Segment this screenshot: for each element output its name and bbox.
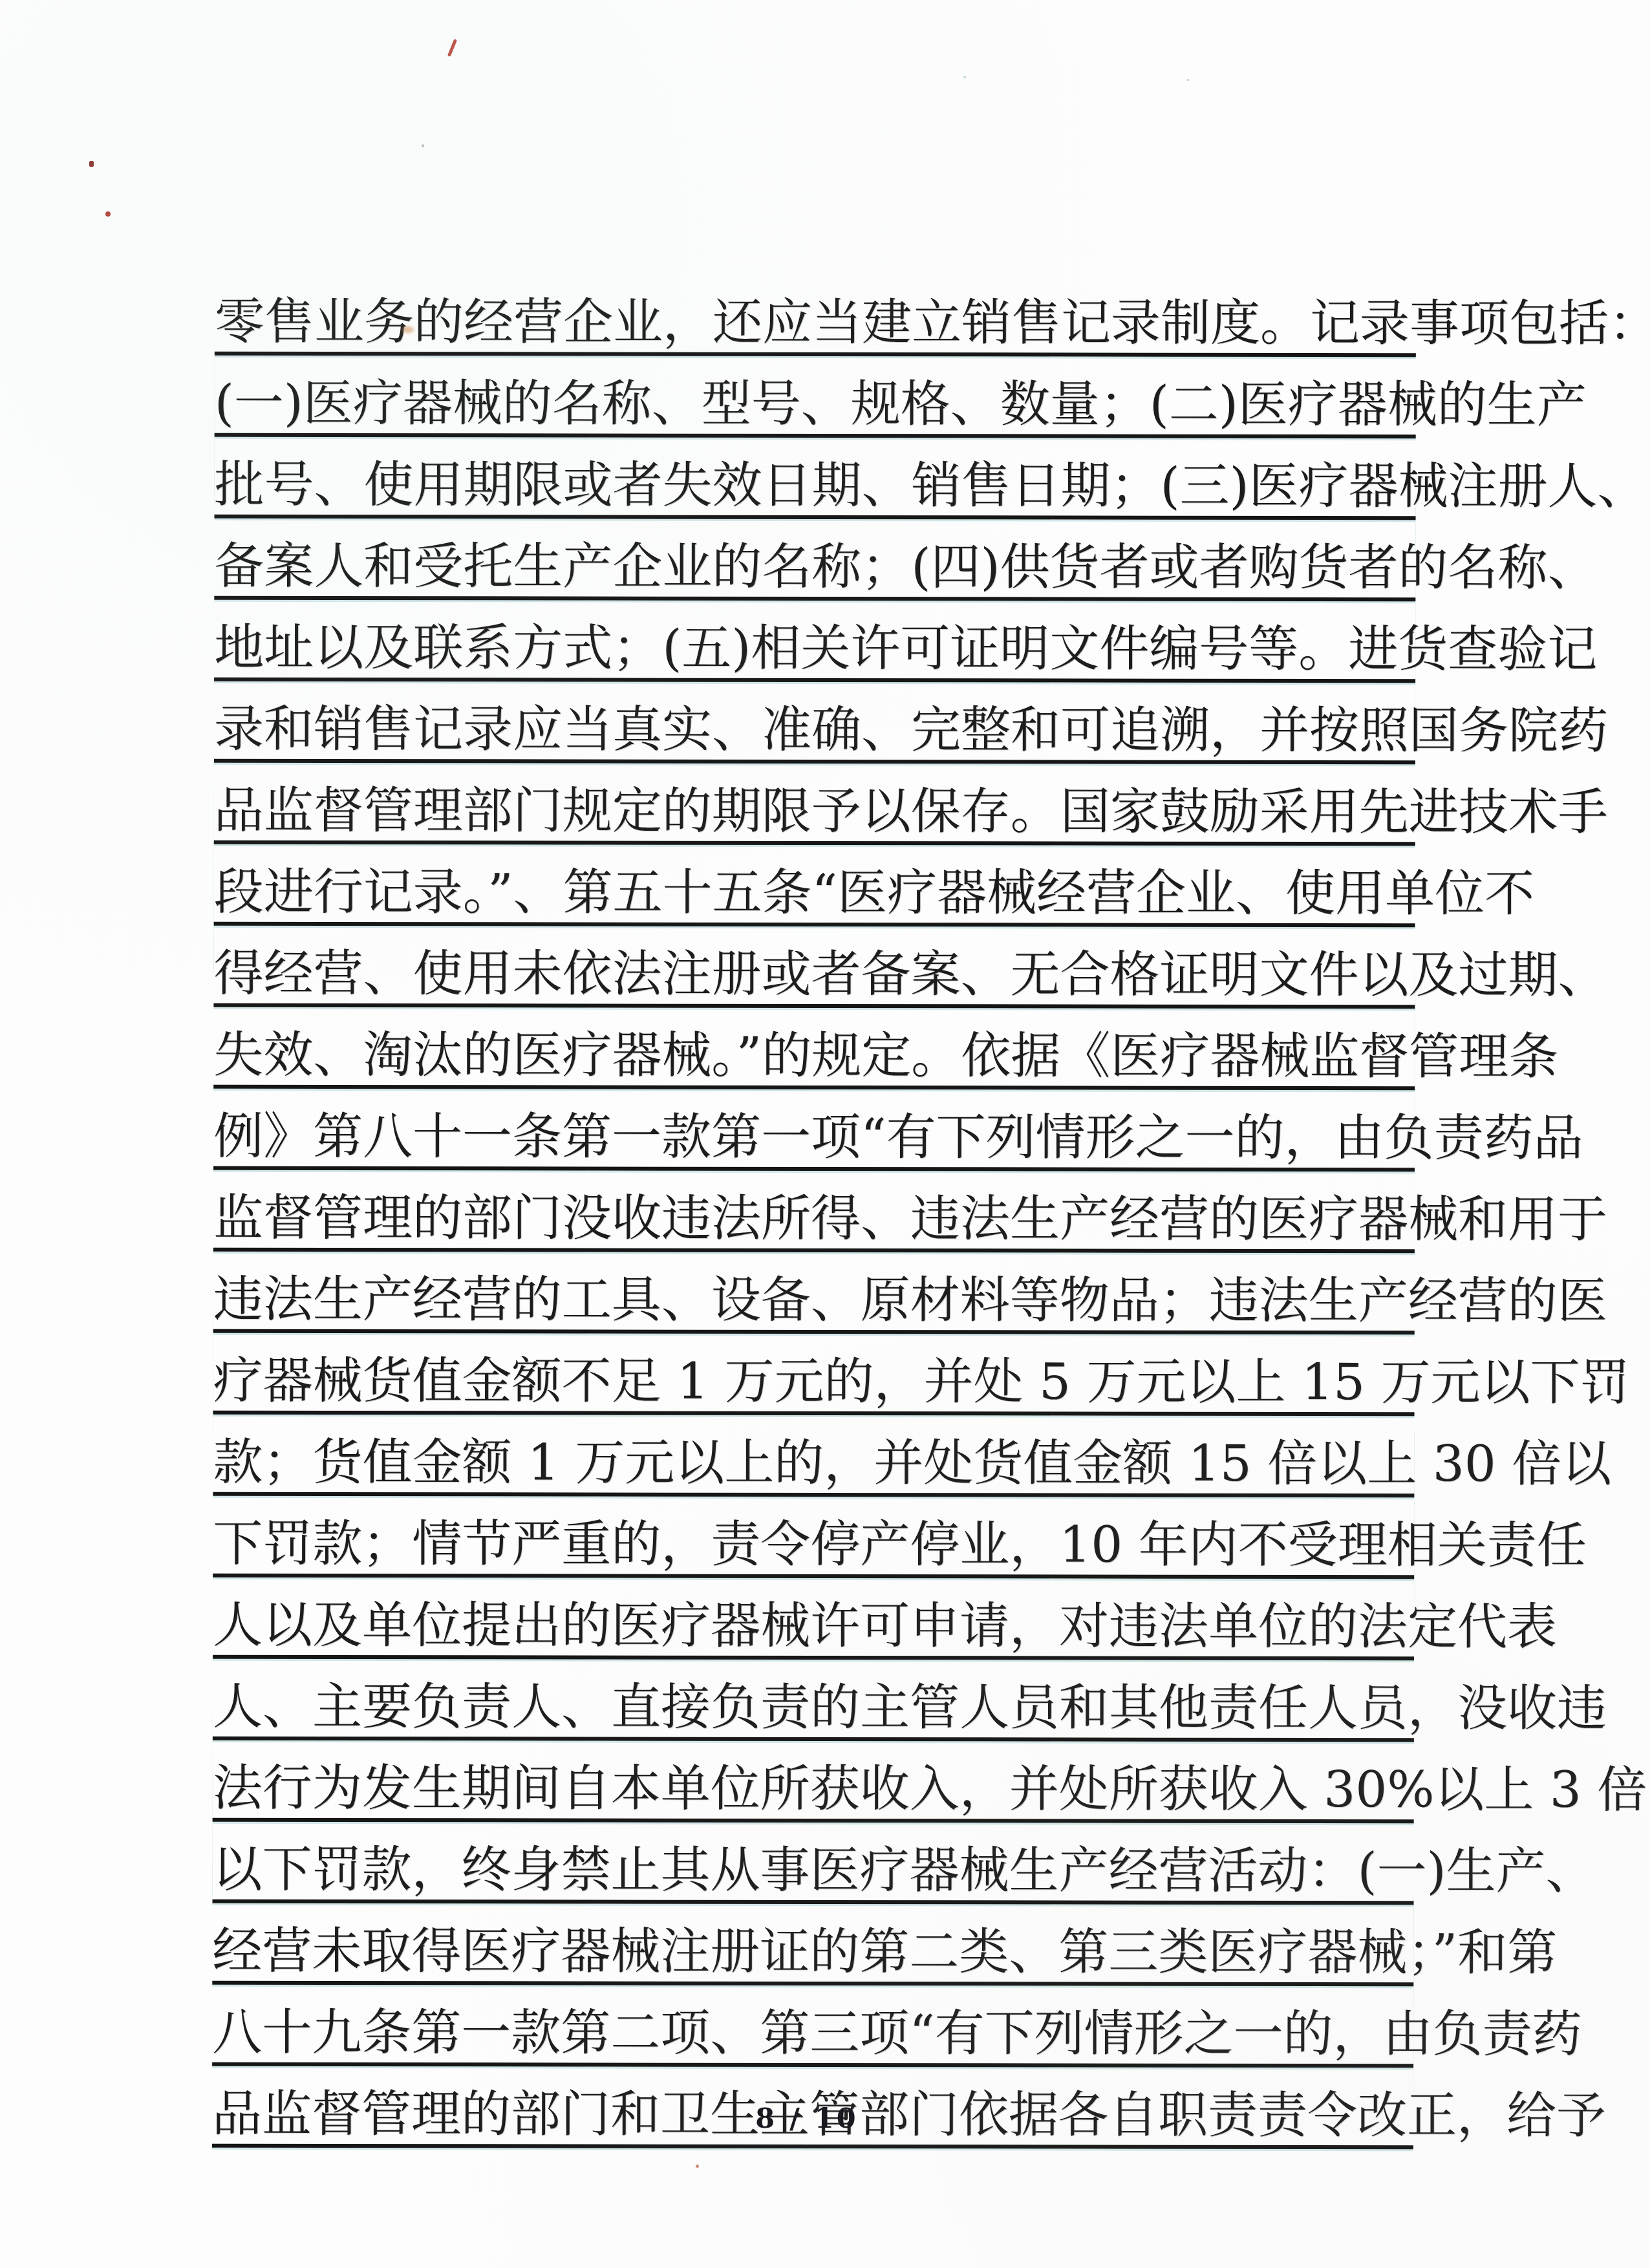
scan-speck-red-dot: [89, 161, 94, 167]
page-number: 8 / 10: [0, 2102, 1632, 2135]
text-line: 例》第八十一条第一款第一项“有下列情形之一的，由负责药品: [213, 1089, 1415, 1172]
scan-speck-red-dot: [105, 211, 111, 217]
text-line: 失效、淘汰的医疗器械。”的规定。依据《医疗器械监督管理条: [213, 1007, 1415, 1091]
text-line: 地址以及联系方式；(五)相关许可证明文件编号等。进货查验记: [214, 600, 1415, 683]
text-line: 法行为发生期间自本单位所获收入，并处所获收入 30%以上 3 倍: [213, 1740, 1414, 1824]
text-line: 以下罚款，终身禁止其从事医疗器械生产经营活动：(一)生产、: [213, 1822, 1414, 1905]
text-line: 批号、使用期限或者失效日期、销售日期；(三)医疗器械注册人、: [214, 437, 1415, 520]
text-line: 人、主要负责人、直接负责的主管人员和其他责任人员，没收违: [213, 1659, 1414, 1742]
text-line: 段进行记录。”、第五十五条“医疗器械经营企业、使用单位不: [214, 844, 1415, 928]
scan-speck-blue-dot: [963, 76, 966, 78]
text-line: 录和销售记录应当真实、准确、完整和可追溯，并按照国务院药: [214, 681, 1415, 765]
scan-speck-red-dot: [696, 2165, 699, 2168]
document-text-block: 零售业务的经营企业，还应当建立销售记录制度。记录事项包括： (一)医疗器械的名称…: [212, 274, 1416, 2150]
scan-speck-red-slash: [447, 39, 457, 57]
text-line: 得经营、使用未依法注册或者备案、无合格证明文件以及过期、: [213, 926, 1415, 1009]
scan-speck-blue-dot: [1186, 79, 1189, 81]
text-line: 违法生产经营的工具、设备、原材料等物品；违法生产经营的医: [213, 1252, 1415, 1335]
text-line: 监督管理的部门没收违法所得、违法生产经营的医疗器械和用于: [213, 1170, 1415, 1254]
scanned-document-page: 零售业务的经营企业，还应当建立销售记录制度。记录事项包括： (一)医疗器械的名称…: [0, 0, 1650, 2268]
text-line: 八十九条第一款第二项、第三项“有下列情形之一的，由负责药: [212, 1985, 1413, 2068]
scan-speck-gray-dot: [422, 144, 424, 147]
text-line: 经营未取得医疗器械注册证的第二类、第三类医疗器械；”和第: [212, 1903, 1413, 1987]
text-line: 款；货值金额 1 万元以上的，并处货值金额 15 倍以上 30 倍以: [213, 1415, 1414, 1498]
text-line: 疗器械货值金额不足 1 万元的，并处 5 万元以上 15 万元以下罚: [213, 1333, 1415, 1417]
text-line: 人以及单位提出的医疗器械许可申请，对违法单位的法定代表: [213, 1578, 1414, 1661]
text-line: 备案人和受托生产企业的名称；(四)供货者或者购货者的名称、: [214, 519, 1415, 602]
text-line: 下罚款；情节严重的，责令停产停业，10 年内不受理相关责任: [213, 1496, 1414, 1579]
text-line: 零售业务的经营企业，还应当建立销售记录制度。记录事项包括：: [215, 274, 1416, 358]
text-line: 品监督管理部门规定的期限予以保存。国家鼓励采用先进技术手: [214, 763, 1415, 846]
text-line: (一)医疗器械的名称、型号、规格、数量；(二)医疗器械的生产: [215, 356, 1416, 439]
